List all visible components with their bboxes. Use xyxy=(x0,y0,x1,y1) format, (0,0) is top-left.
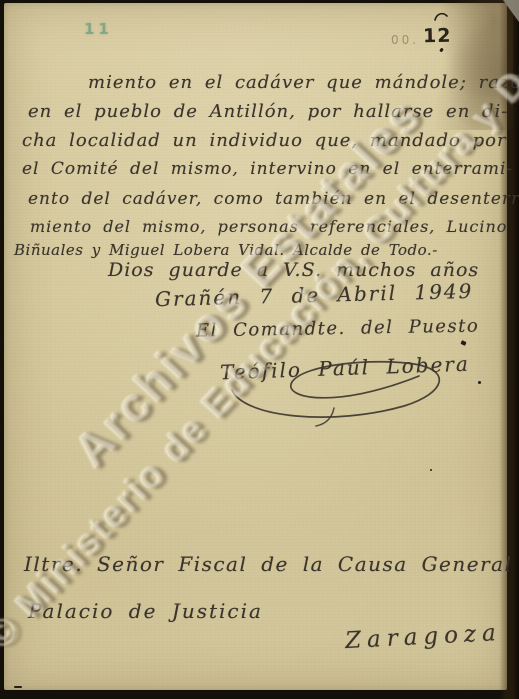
body-line: cha localidad un individuo que, mandado … xyxy=(22,130,507,151)
ink-speck xyxy=(430,469,432,471)
body-line: el Comité del mismo, intervino en el ent… xyxy=(22,159,513,179)
faded-stamp-mark: 00. xyxy=(391,33,419,47)
addressee-building-line: Palacio de Justicia xyxy=(28,599,263,623)
ink-dash xyxy=(14,686,22,688)
signature-flourish xyxy=(214,348,464,430)
addressee-line: Iltre. Señor Fiscal de la Causa General xyxy=(24,552,512,576)
body-line: en el pueblo de Antillón, por hallarse e… xyxy=(28,101,508,122)
ink-mark xyxy=(434,11,449,22)
body-line: Biñuales y Miguel Lobera Vidal. Alcalde … xyxy=(14,241,438,259)
body-line: miento del mismo, personas referenciales… xyxy=(30,217,507,236)
page-number-stamp-right: 12 xyxy=(423,25,452,47)
scanned-letter-page: 11 00. 12 miento en el cadáver que mándo… xyxy=(0,0,519,699)
ink-speck xyxy=(478,381,481,384)
salutation-line: Dios guarde a V.S. muchos años xyxy=(108,259,479,281)
page-number-stamp-left: 11 xyxy=(84,20,113,38)
body-line: ento del cadáver, como también en el des… xyxy=(28,189,519,209)
body-line: miento en el cadáver que mándole; razón xyxy=(88,72,519,93)
